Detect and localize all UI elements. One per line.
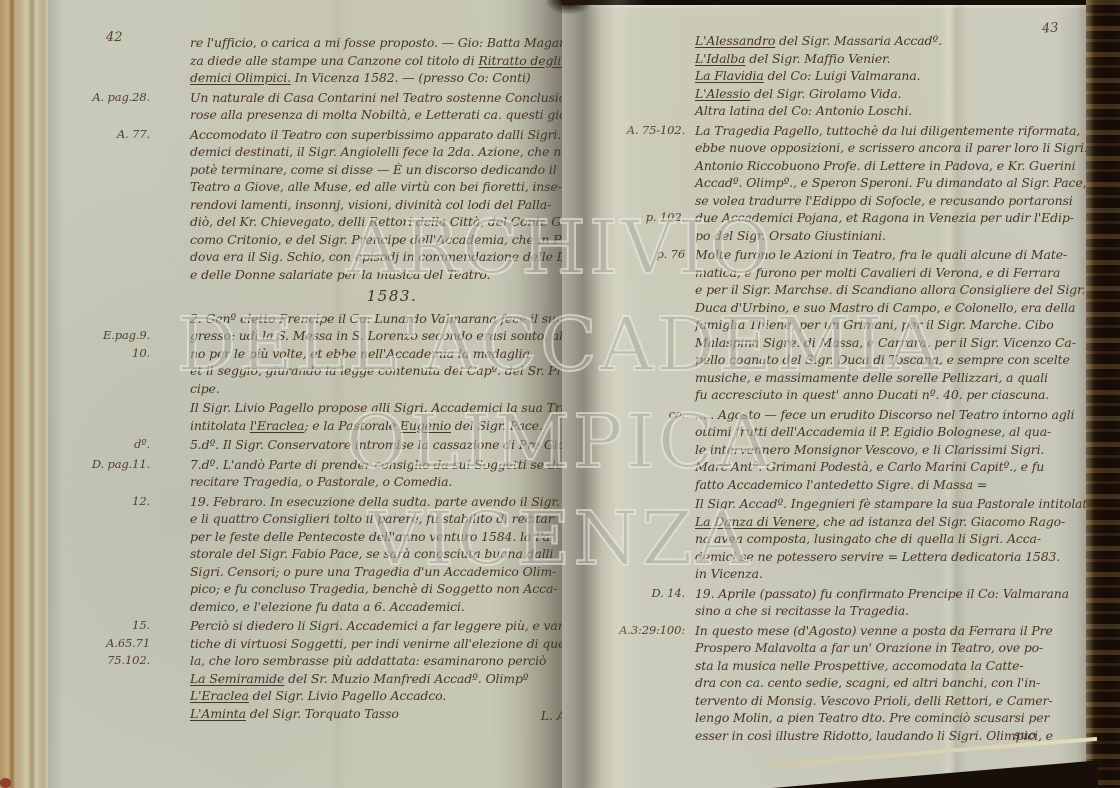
manuscript-line: e li quattro Consiglieri tolto il parere… [190,510,594,528]
manuscript-line: rose alla presenza di molta Nobiltà, e L… [190,106,594,124]
manuscript-line: due Accademici Pojana, et Ragona in Vene… [695,209,1099,227]
manuscript-line: L'Eraclea del Sigr. Livio Pagello Accadc… [190,687,594,705]
manuscript-line: Duca d'Urbino, e suo Mastro di Campo, e … [695,299,1099,317]
manuscript-line: musiche, e massimamente delle sorelle Pe… [695,369,1099,387]
entry-block: 12.19. Febraro. In esecuzione della sudt… [190,493,594,616]
manuscript-line: In questo mese (d'Agosto) venne a posta … [695,622,1099,640]
manuscript-line: fatto Accademico l'antedetto Sigre. di M… [695,476,1099,494]
margin-note: 10. [86,345,150,363]
entry-block: co...... Agosto — fece un erudito Discor… [695,406,1099,494]
manuscript-line: fu accresciuto in quest' anno Ducati nº.… [695,386,1099,404]
manuscript-line: Malaspina Sigre. di Massa, e Carrara, pe… [695,334,1099,352]
manuscript-scan: 42 re l'ufficio, o carica a mi fosse pro… [0,0,1120,788]
margin-note: p. 76 [607,246,685,264]
manuscript-line: le intervennero Monsignor Vescovo, e li … [695,441,1099,459]
entry-block: A. 77.Accomodato il Teatro con superbiss… [190,126,594,284]
folio-number-left: 42 [106,30,123,45]
margin-note: D. pag.11. [86,456,150,474]
entry-block: E.pag.9.10.2. Genº eletto Prencipe il Co… [190,310,594,398]
underlined-title: l'Eraclea [250,418,305,433]
margin-note: p. 102. [607,209,685,227]
manuscript-line: Perciò si diedero li Sigri. Accademici a… [190,617,594,635]
underlined-title: Eugenio [400,418,451,433]
margin-note: A.3:29:100: [607,622,685,640]
manuscript-line: Marc'Antº. Grimani Podestà, e Carlo Mari… [695,458,1099,476]
entry-block: p. 76Molte furono le Azioni in Teatro, f… [695,246,1099,404]
margin-note: dº. [86,436,150,454]
manuscript-line: demici Olimpici. In Vicenza 1582. — (pre… [190,69,594,87]
margin-note: D. 14. [607,585,685,603]
manuscript-line: recitare Tragedia, o Pastorale, o Comedi… [190,473,594,491]
entry-block: 15.A.65.7175.102.Perciò si diedero li Si… [190,617,594,722]
manuscript-line: La Semiramide del Sr. Muzio Manfredi Acc… [190,670,594,688]
manuscript-line: tervento di Monsig. Vescovo Prioli, dell… [695,692,1099,710]
entry-block: A. 75-102.p. 102.La Tragedia Pagello, tu… [695,122,1099,245]
margin-note: 75.102. [86,652,150,670]
manuscript-line: 2. Genº eletto Prencipe il Co: Lunardo V… [190,310,594,328]
manuscript-line: Accadº. Olimpº., e Speron Speroni. Fu di… [695,174,1099,192]
bottom-left-mark [0,778,11,788]
manuscript-line: ..... Agosto — fece un erudito Discorso … [695,406,1099,424]
manuscript-line: dova era il Sig. Schio, con episodj in c… [190,248,594,266]
page-edges-right [1086,0,1120,788]
manuscript-line: rendovi lamenti, insonnj, visioni, divin… [190,196,594,214]
manuscript-line: in Vicenza. [695,565,1099,583]
manuscript-line: potè terminare, come si disse — È un dis… [190,161,594,179]
manuscript-line: La Flavidia del Co: Luigi Valmarana. [695,67,1099,85]
manuscript-line: L'Alessio del Sigr. Girolamo Vida. [695,85,1099,103]
manuscript-line: tiche di virtuosi Soggetti, per indi ven… [190,635,594,653]
manuscript-line: po del Sigr. Orsato Giustiniani. [695,227,1099,245]
entry-block: Il Sigr. Livio Pagello propose alli Sigr… [190,399,594,434]
manuscript-line: no per le più volte, et ebbe nell'Accade… [190,345,594,363]
entry-block: D. 14.19. Aprile (passato) fu confirmato… [695,585,1099,620]
entry-block: Il Sigr. Accadº. Ingegnieri fè stampare … [695,495,1099,583]
manuscript-line: demico, e l'elezione fu data a 6. Accade… [190,598,594,616]
manuscript-line: lengo Molin, a pien Teatro dto. Pre comi… [695,709,1099,727]
spine-top-shadow [546,0,592,14]
manuscript-line: Sigri. Censori; o pure una Tragedia d'un… [190,563,594,581]
underlined-title: L'Alessio [695,86,750,101]
manuscript-line: sino a che si recitasse la Tragedia. [695,602,1099,620]
underlined-title: L'Aminta [190,706,246,721]
manuscript-line: famiglia Thiene, per un Grimani, per il … [695,316,1099,334]
manuscript-line: per le feste delle Pentecoste dell'anno … [190,528,594,546]
manuscript-line: Teatro a Giove, alle Muse, ed alle virtù… [190,178,594,196]
manuscript-line: za diede alle stampe una Canzone col tit… [190,52,594,70]
manuscript-line: matica, e furono per molti Cavalieri di … [695,264,1099,282]
manuscript-line: e per il Sigr. Marchse. di Scandiano all… [695,281,1099,299]
manuscript-line: pico; e fu concluso Tragedia, benchè di … [190,580,594,598]
manuscript-line: e delle Donne salariate per la musica de… [190,266,594,284]
entry-block: L'Alessandro del Sigr. Massaria Accadº.L… [695,32,1099,120]
manuscript-line: Antonio Riccobuono Profe. di Lettere in … [695,157,1099,175]
manuscript-line: ottimi frutti dell'Accademia il P. Egidi… [695,423,1099,441]
entry-block: A.3:29:100:In questo mese (d'Agosto) ven… [695,622,1099,745]
manuscript-line: cipe. [190,380,594,398]
entry-block: A. pag.28.Un naturale di Casa Contarini … [190,89,594,124]
manuscript-line: Molte furono le Azioni in Teatro, fra le… [695,246,1099,264]
margin-note: A. pag.28. [86,89,150,107]
manuscript-line: 7.dº. L'andò Parte di prender consiglio … [190,456,594,474]
underlined-title: La Danza di Venere [695,514,816,529]
margin-note: E.pag.9. [86,327,150,345]
manuscript-line: demici se ne potessero servire = Lettera… [695,548,1099,566]
page-column-left: re l'ufficio, o carica a mi fosse propos… [190,34,594,724]
page-left: 42 re l'ufficio, o carica a mi fosse pro… [48,0,562,788]
manuscript-line: storale del Sigr. Fabio Pace, se sarà co… [190,545,594,563]
manuscript-line: pello cognato del Sigr. Duca di Toscana,… [695,351,1099,369]
manuscript-line: Il Sigr. Accadº. Ingegnieri fè stampare … [695,495,1099,513]
margin-note: A.65.71 [86,635,150,653]
manuscript-line: dra con ca. cento sedie, scagni, ed altr… [695,674,1099,692]
manuscript-line: diò, del Kr. Chievegato, delli Rettori d… [190,213,594,231]
manuscript-line: sta la musica nelle Prospettive, accomod… [695,657,1099,675]
margin-note: A. 77. [86,126,150,144]
manuscript-line: intitolata l'Eraclea; e la Pastorale Eug… [190,417,594,435]
margin-note: 15. [86,617,150,635]
manuscript-line: na avea composta, lusingato che di quell… [695,530,1099,548]
underlined-title: La Semiramide [190,671,284,686]
manuscript-line: Accomodato il Teatro con superbissimo ap… [190,126,594,144]
manuscript-line: Un naturale di Casa Contarini nel Teatro… [190,89,594,107]
margin-note: co. [607,406,685,424]
manuscript-line: demici destinati, il Sigr. Angiolelli fe… [190,143,594,161]
manuscript-line: 19. Aprile (passato) fu confirmato Prenc… [695,585,1099,603]
manuscript-line: Il Sigr. Livio Pagello propose alli Sigr… [190,399,594,417]
manuscript-line: re l'ufficio, o carica a mi fosse propos… [190,34,594,52]
underlined-title: L'Alessandro [695,33,775,48]
page-column-right: L'Alessandro del Sigr. Massaria Accadº.L… [695,32,1099,746]
entry-block: D. pag.11.7.dº. L'andò Parte di prender … [190,456,594,491]
manuscript-line: L'Alessandro del Sigr. Massaria Accadº. [695,32,1099,50]
manuscript-line: ebbe nuove opposizioni, e scrissero anco… [695,139,1099,157]
margin-note: 12. [86,493,150,511]
manuscript-line: Prospero Malavolta a far un' Orazione in… [695,639,1099,657]
underlined-title: demici Olimpici. [190,70,291,85]
manuscript-line: la, che loro sembrasse più addattata: es… [190,652,594,670]
manuscript-line: et il seggio, giurando la legge contenut… [190,362,594,380]
manuscript-line: L'Idalba del Sigr. Maffio Venier. [695,50,1099,68]
underlined-title: L'Eraclea [190,688,249,703]
underlined-title: La Flavidia [695,68,764,83]
manuscript-line: 19. Febraro. In esecuzione della sudta. … [190,493,594,511]
entry-block: dº.5.dº. Il Sigr. Conservatore intromise… [190,436,594,454]
underlined-title: L'Idalba [695,51,745,66]
manuscript-line: La Tragedia Pagello, tuttochè da lui dil… [695,122,1099,140]
manuscript-line: 5.dº. Il Sigr. Conservatore intromise la… [190,436,594,454]
manuscript-line: gresso; udì la S. Messa in S. Lorenzo se… [190,327,594,345]
margin-note: A. 75-102. [607,122,685,140]
manuscript-line: como Critonio, e del Sigr. Prencipe dell… [190,231,594,249]
entry-block: re l'ufficio, o carica a mi fosse propos… [190,34,594,87]
manuscript-line: se volea tradurre l'Edippo di Sofocle, e… [695,192,1099,210]
manuscript-line: La Danza di Venere, che ad istanza del S… [695,513,1099,531]
year-heading: 1583. [190,288,594,306]
manuscript-line: Altra latina del Co: Antonio Loschi. [695,102,1099,120]
page-right: 43 L'Alessandro del Sigr. Massaria Accad… [562,5,1092,788]
